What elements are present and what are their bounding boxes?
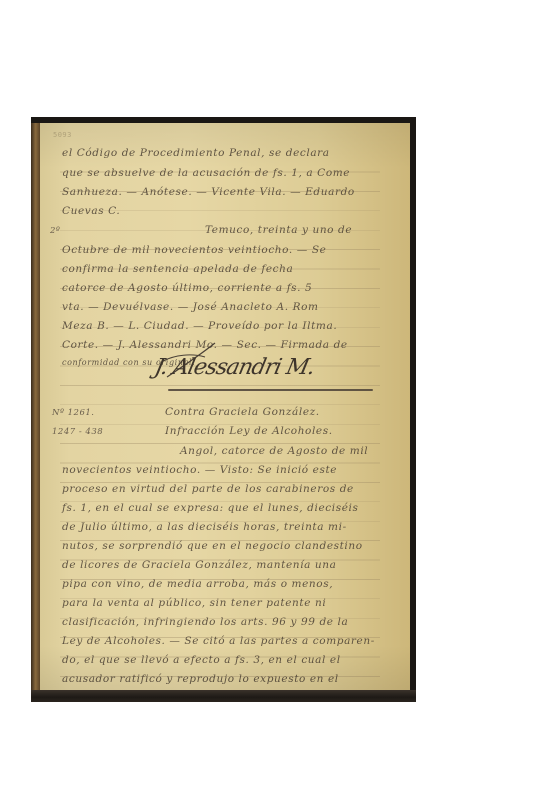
text-line: el Código de Procedimiento Penal, se dec… xyxy=(62,147,330,159)
text-line: nutos, se sorprendió que en el negocio c… xyxy=(62,540,363,552)
book-binding-edge xyxy=(31,123,40,695)
text-line: Cuevas C. xyxy=(62,205,120,217)
ledger-page: 5093 el Código de Procedimiento Penal, s… xyxy=(40,123,410,691)
text-line: do, el que se llevó a efecto a fs. 3, en… xyxy=(62,654,341,666)
signature: J. Alessandri M. xyxy=(152,355,316,380)
text-line: confirma la sentencia apelada de fecha xyxy=(62,263,293,275)
text-line: pipa con vino, de media arroba, más o me… xyxy=(62,578,333,590)
text-line: Angol, catorce de Agosto de mil xyxy=(180,445,368,457)
text-line: clasificación, infringiendo los arts. 96… xyxy=(62,616,348,628)
text-line: Temuco, treinta y uno de xyxy=(205,224,352,236)
text-line: Ley de Alcoholes. — Se citó a las partes… xyxy=(62,635,375,647)
signature-underline xyxy=(168,389,373,391)
text-line: Sanhueza. — Anótese. — Vicente Vila. — E… xyxy=(62,186,355,198)
case-caption: Infracción Ley de Alcoholes. xyxy=(165,425,333,437)
text-line: acusador ratificó y reprodujo lo expuest… xyxy=(62,673,339,685)
case-number: Nº 1261. xyxy=(52,408,94,418)
text-line: de Julio último, a las dieciséis horas, … xyxy=(62,521,347,533)
text-line: vta. — Devuélvase. — José Anacleto A. Ro… xyxy=(62,301,319,313)
text-line: que se absuelve de la acusación de fs. 1… xyxy=(62,167,350,179)
text-line: Octubre de mil novecientos veintiocho. —… xyxy=(62,244,326,256)
entry-number: 2º xyxy=(50,226,60,236)
file-number: 1247 - 438 xyxy=(52,427,103,437)
text-line: catorce de Agosto último, corriente a fs… xyxy=(62,282,312,294)
archive-stamp: 5093 xyxy=(53,131,72,139)
text-line: proceso en virtud del parte de los carab… xyxy=(62,483,354,495)
case-caption: Contra Graciela González. xyxy=(165,406,320,418)
text-line: para la venta al público, sin tener pate… xyxy=(62,597,326,609)
text-line: de licores de Graciela González, mantení… xyxy=(62,559,336,571)
text-line: novecientos veintiocho. — Visto: Se inic… xyxy=(62,464,337,476)
document-photograph: 5093 el Código de Procedimiento Penal, s… xyxy=(31,117,416,702)
photo-bottom-edge xyxy=(31,690,416,702)
text-line: fs. 1, en el cual se expresa: que el lun… xyxy=(62,502,358,514)
text-line: Meza B. — L. Ciudad. — Proveído por la I… xyxy=(62,320,337,332)
